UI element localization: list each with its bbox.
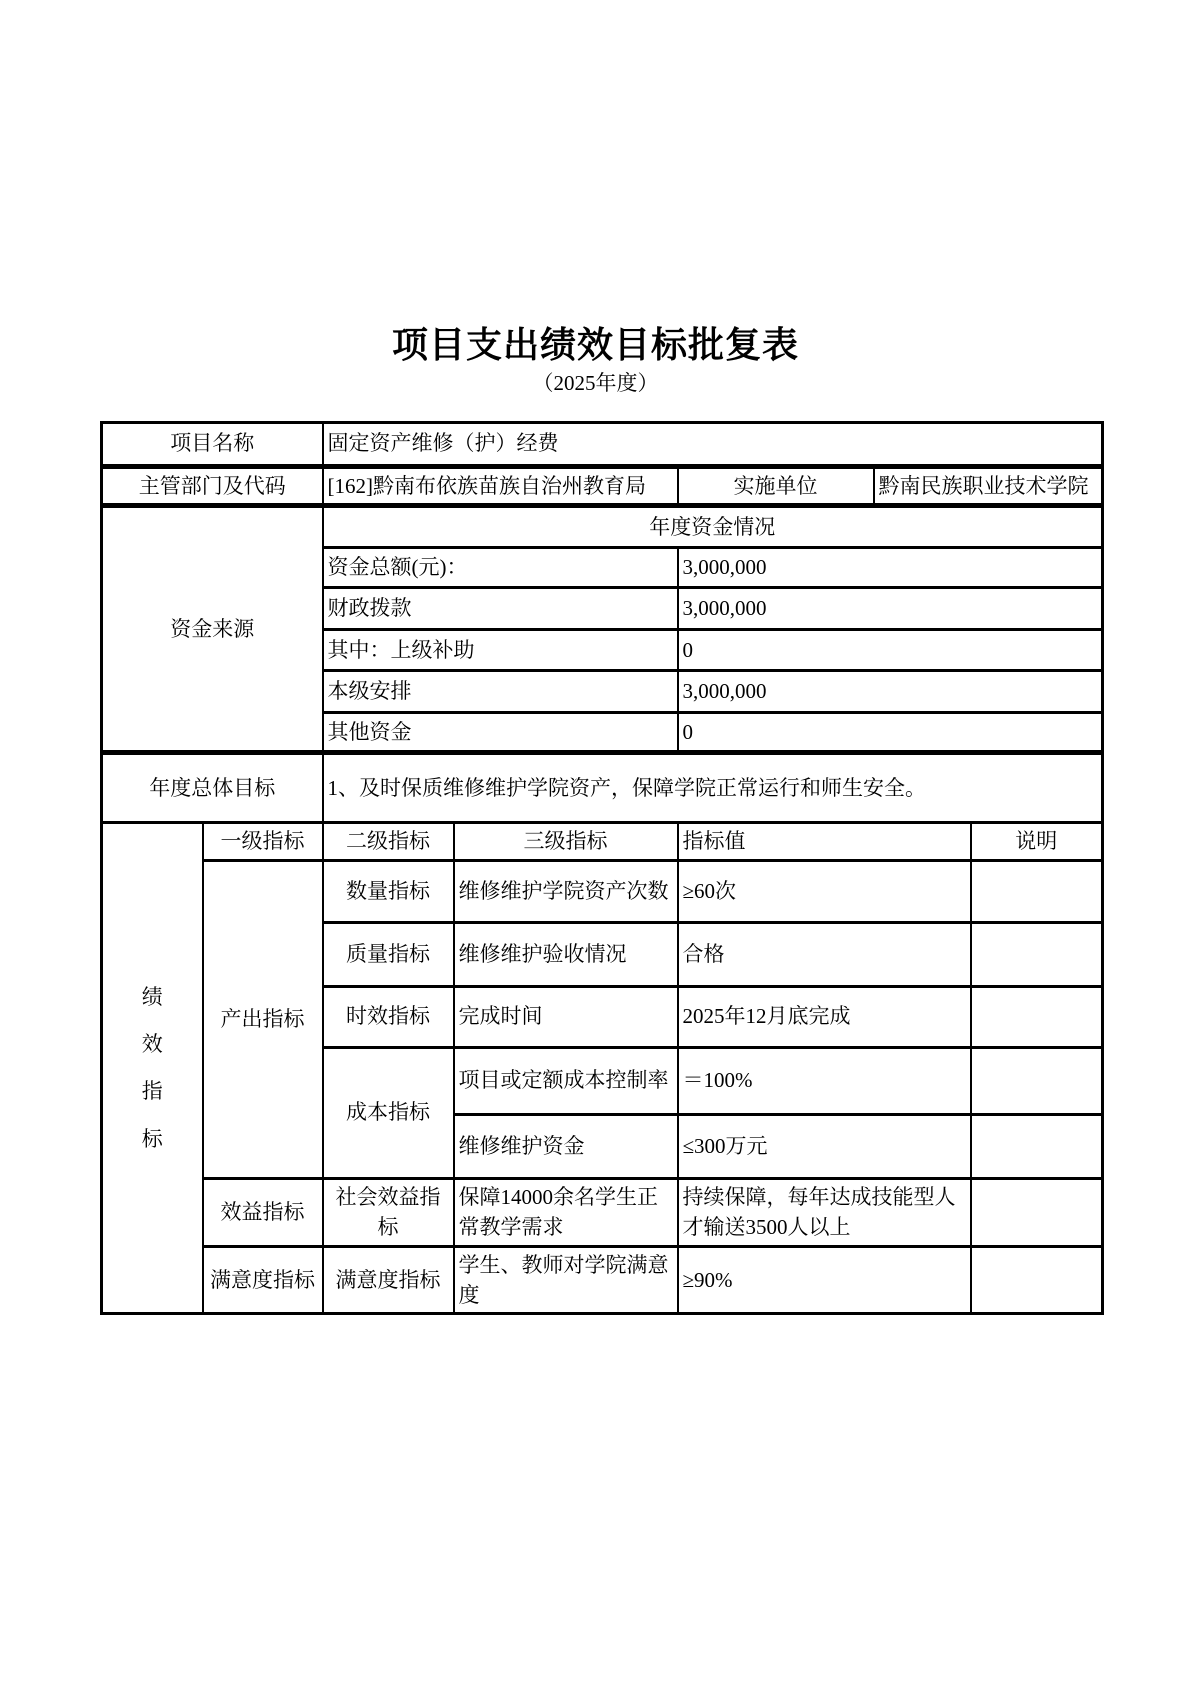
row-project-name: 项目名称 固定资产维修（护）经费 [102, 422, 1103, 466]
project-name-label: 项目名称 [102, 422, 323, 466]
note-cost-funds [971, 1114, 1103, 1178]
level3-cost-rate: 项目或定额成本控制率 [454, 1047, 678, 1114]
annual-funding-header: 年度资金情况 [323, 506, 1103, 548]
level2-social-benefit: 社会效益指标 [323, 1178, 454, 1246]
department-value: [162]黔南布依族苗族自治州教育局 [323, 466, 678, 505]
value-cost-funds: ≤300万元 [678, 1114, 971, 1178]
level2-timeliness: 时效指标 [323, 986, 454, 1047]
annual-goal-content: 1、及时保质维修维护学院资产，保障学院正常运行和师生安全。 [323, 753, 1103, 823]
indicator-section-label-text: 绩效指标 [141, 974, 163, 1163]
level1-benefit: 效益指标 [203, 1178, 323, 1246]
value-timeliness: 2025年12月底完成 [678, 986, 971, 1047]
header-level2: 二级指标 [323, 823, 454, 860]
funding-fiscal-label: 财政拨款 [323, 588, 678, 630]
header-level1: 一级指标 [203, 823, 323, 860]
row-annual-goal: 年度总体目标 1、及时保质维修维护学院资产，保障学院正常运行和师生安全。 [102, 753, 1103, 823]
level3-satisfaction: 学生、教师对学院满意度 [454, 1246, 678, 1314]
funding-source-label: 资金来源 [102, 506, 323, 753]
document-title: 项目支出绩效目标批复表 [0, 0, 1191, 366]
department-label: 主管部门及代码 [102, 466, 323, 505]
note-timeliness [971, 986, 1103, 1047]
value-cost-rate: ＝100% [678, 1047, 971, 1114]
value-satisfaction: ≥90% [678, 1246, 971, 1314]
note-quality [971, 922, 1103, 986]
funding-total-value: 3,000,000 [678, 548, 1103, 588]
funding-local-value: 3,000,000 [678, 671, 1103, 713]
level2-quantity: 数量指标 [323, 860, 454, 922]
funding-total-label: 资金总额(元)： [323, 548, 678, 588]
value-quantity: ≥60次 [678, 860, 971, 922]
funding-higher-subsidy-label: 其中：上级补助 [323, 630, 678, 671]
note-quantity [971, 860, 1103, 922]
level1-output: 产出指标 [203, 860, 323, 1178]
level2-satisfaction: 满意度指标 [323, 1246, 454, 1314]
row-funding-header: 资金来源 年度资金情况 [102, 506, 1103, 548]
row-indicator-benefit: 效益指标 社会效益指标 保障14000余名学生正常教学需求 持续保障，每年达成技… [102, 1178, 1103, 1246]
row-indicator-quantity: 产出指标 数量指标 维修维护学院资产次数 ≥60次 [102, 860, 1103, 922]
header-value: 指标值 [678, 823, 971, 860]
note-satisfaction [971, 1246, 1103, 1314]
note-social-benefit [971, 1178, 1103, 1246]
annual-goal-label: 年度总体目标 [102, 753, 323, 823]
level3-social-benefit: 保障14000余名学生正常教学需求 [454, 1178, 678, 1246]
row-department: 主管部门及代码 [162]黔南布依族苗族自治州教育局 实施单位 黔南民族职业技术… [102, 466, 1103, 505]
indicator-section-label: 绩效指标 [102, 823, 203, 1314]
funding-other-value: 0 [678, 713, 1103, 753]
level3-timeliness: 完成时间 [454, 986, 678, 1047]
level2-quality: 质量指标 [323, 922, 454, 986]
note-cost-rate [971, 1047, 1103, 1114]
funding-other-label: 其他资金 [323, 713, 678, 753]
level1-satisfaction: 满意度指标 [203, 1246, 323, 1314]
impl-unit-label: 实施单位 [678, 466, 874, 505]
performance-target-table: 项目名称 固定资产维修（护）经费 主管部门及代码 [162]黔南布依族苗族自治州… [100, 421, 1104, 1316]
row-indicator-header: 绩效指标 一级指标 二级指标 三级指标 指标值 说明 [102, 823, 1103, 860]
funding-local-label: 本级安排 [323, 671, 678, 713]
document-subtitle: （2025年度） [0, 372, 1191, 395]
value-quality: 合格 [678, 922, 971, 986]
funding-higher-subsidy-value: 0 [678, 630, 1103, 671]
header-note: 说明 [971, 823, 1103, 860]
level3-quantity: 维修维护学院资产次数 [454, 860, 678, 922]
row-indicator-satisfaction: 满意度指标 满意度指标 学生、教师对学院满意度 ≥90% [102, 1246, 1103, 1314]
level3-cost-funds: 维修维护资金 [454, 1114, 678, 1178]
level3-quality: 维修维护验收情况 [454, 922, 678, 986]
header-level3: 三级指标 [454, 823, 678, 860]
value-social-benefit: 持续保障，每年达成技能型人才输送3500人以上 [678, 1178, 971, 1246]
funding-fiscal-value: 3,000,000 [678, 588, 1103, 630]
impl-unit-value: 黔南民族职业技术学院 [874, 466, 1103, 505]
document-page: 项目支出绩效目标批复表 （2025年度） 项目名称 固定资产维修（护）经费 主管… [0, 0, 1191, 1684]
project-name-value: 固定资产维修（护）经费 [323, 422, 1103, 466]
level2-cost: 成本指标 [323, 1047, 454, 1178]
